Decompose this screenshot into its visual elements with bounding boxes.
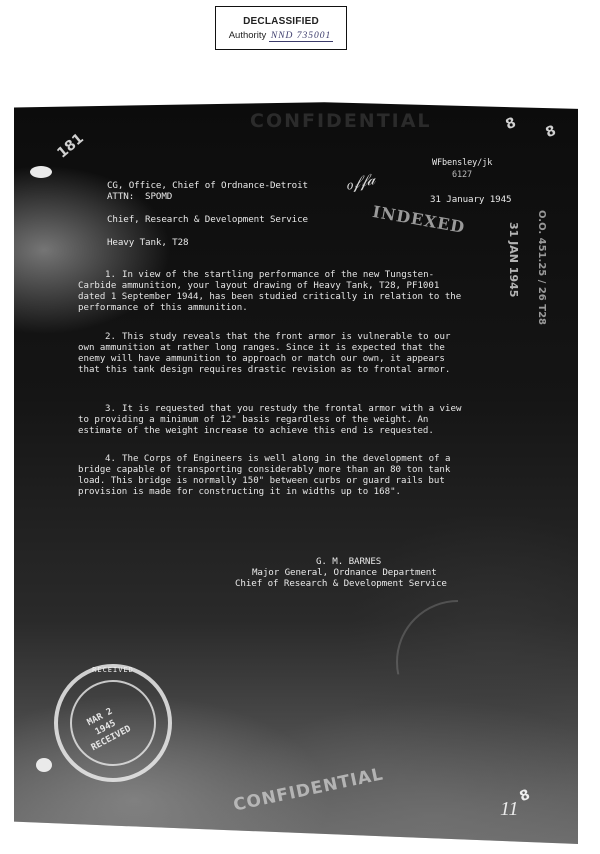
handwritten-page-number: 11 — [500, 798, 519, 821]
attn-line: ATTN: SPOMD — [107, 191, 172, 202]
received-round-stamp: RECEIVED MAR 2 1945 RECEIVED — [54, 664, 172, 782]
document-date: 31 January 1945 — [430, 194, 511, 205]
round-stamp-ring-text: RECEIVED — [58, 666, 168, 674]
paragraph-2: 2.This study reveals that the front armo… — [78, 332, 470, 376]
authority-line: Authority NND 735001 — [216, 30, 346, 41]
paragraph-1: 1.In view of the startling performance o… — [78, 270, 470, 314]
signature-name: G. M. BARNES — [316, 556, 381, 567]
punch-hole-bottom — [36, 758, 52, 772]
classification-stamp-top: CONFIDENTIAL — [250, 110, 432, 132]
signature-title: Major General, Ordnance Department — [252, 567, 437, 578]
paragraph-4: 4.The Corps of Engineers is well along i… — [78, 454, 470, 498]
declassified-label: DECLASSIFIED — [216, 16, 346, 27]
authority-label: Authority — [229, 30, 267, 41]
authority-value: NND 735001 — [269, 31, 333, 42]
from-line: Chief, Research & Development Service — [107, 214, 308, 225]
signature-office: Chief of Research & Development Service — [235, 578, 447, 589]
declassification-box: DECLASSIFIED Authority NND 735001 — [215, 6, 347, 50]
paragraph-3: 3.It is requested that you restudy the f… — [78, 404, 470, 437]
received-date-stamp: 31 JAN 1945 — [507, 222, 520, 297]
reference-initials: WFbensley/jk — [432, 158, 492, 169]
reference-ext: 6127 — [452, 170, 472, 181]
punch-hole-top — [30, 166, 52, 178]
to-line: CG, Office, Chief of Ordnance-Detroit — [107, 180, 308, 191]
file-number-stamp: O.O. 451.25 / 26 T28 — [536, 210, 547, 325]
subject-line: Heavy Tank, T28 — [107, 237, 188, 248]
